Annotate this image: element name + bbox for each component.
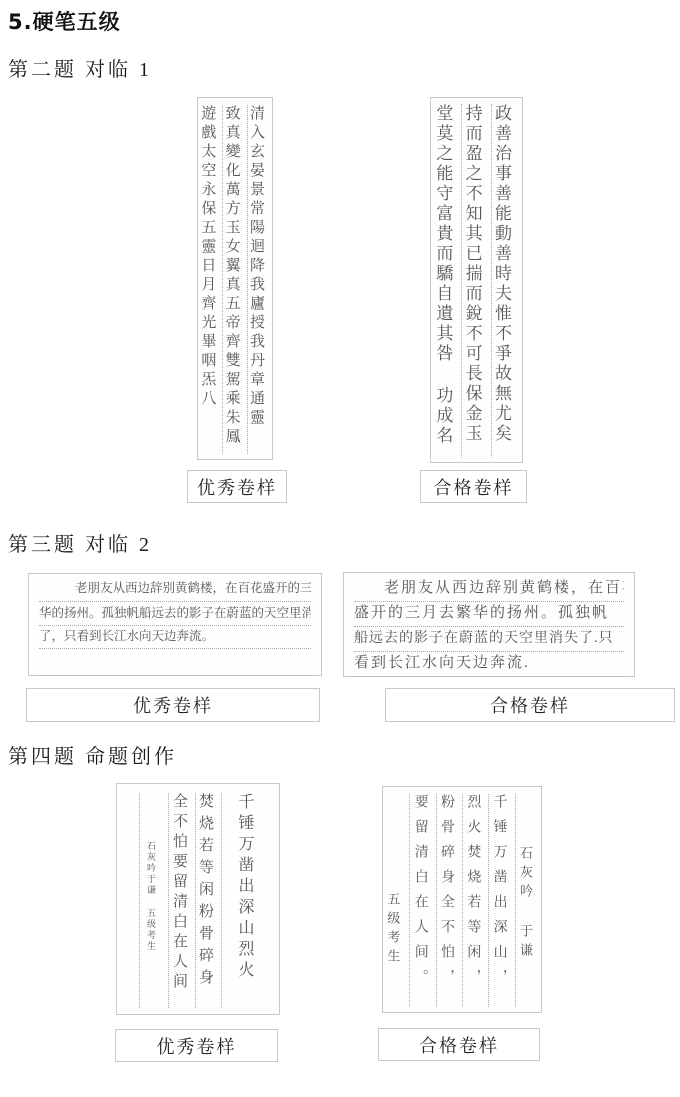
label-text: 合格卷样 [490, 692, 570, 718]
sample-box-chuangzuo-qualified: 石灰吟 于谦 千锤万凿出深山， 烈火焚烧若等闲， 粉骨碎身全不怕， 要留清白在人… [382, 786, 542, 1013]
label-text: 合格卷样 [419, 1032, 499, 1058]
calligraphy-column: 千锤万凿出深山， [488, 794, 514, 1007]
sample-box-duilin2-qualified: 老朋友从西边辞别黄鹤楼，在百花 盛开的三月去繁华的扬州。孤独帆 船远去的影子在蔚… [343, 572, 635, 677]
calligraphy-column: 持而盈之不知其已揣而銳不可長保金玉 [461, 104, 490, 458]
handwriting-line: 华的扬州。孤独帆船远去的影子在蔚蓝的天空里消失 [39, 602, 311, 626]
handwriting-line [39, 649, 311, 676]
label-text: 合格卷样 [434, 474, 514, 500]
calligraphy-column: 焚烧若等闲粉骨碎身 [195, 793, 221, 1008]
handwriting-line: 老朋友从西边辞别黄鹤楼，在百花盛开的三月去繁 [39, 577, 311, 602]
sample-box-duilin1-excellent: 清入玄晏景常陽迴降我廬授我丹章通靈 致真變化萬方玉女翼真五帝齊雙駕乘朱鳳 遊戲太… [197, 97, 273, 460]
label-excellent-sample: 优秀卷样 [26, 688, 320, 722]
handwriting-line: 老朋友从西边辞别黄鹤楼，在百花 [354, 576, 624, 602]
label-qualified-sample: 合格卷样 [420, 470, 527, 503]
calligraphy-column: 清入玄晏景常陽迴降我廬授我丹章通靈 [247, 105, 271, 454]
sample-box-duilin1-qualified: 政善治事善能動善時夫惟不爭故無尤矣 持而盈之不知其已揣而銳不可長保金玉 堂莫之能… [430, 97, 523, 463]
calligraphy-column: 烈火焚烧若等闲， [462, 794, 488, 1007]
label-excellent-sample: 优秀卷样 [115, 1029, 278, 1062]
label-excellent-sample: 优秀卷样 [187, 470, 287, 503]
calligraphy-column: 堂莫之能守富貴而驕自遺其咎 功成名遂 [433, 104, 461, 458]
section-2-heading: 第二题 对临 1 [8, 53, 152, 82]
handwriting-line: 船远去的影子在蔚蓝的天空里消失了.只 [354, 627, 624, 652]
sample-box-chuangzuo-excellent: 千锤万凿出深山烈火 焚烧若等闲粉骨碎身 全不怕要留清白在人间 石灰吟于谦 五级考… [116, 783, 280, 1015]
page-title: 5.硬笔五级 [8, 6, 121, 36]
handwriting-line: 盛开的三月去繁华的扬州。孤独帆 [354, 602, 624, 627]
signature-column: 五级考生 [383, 794, 409, 1007]
section-3-heading: 第三题 对临 2 [8, 528, 152, 557]
title-author-column: 石灰吟 于谦 [515, 794, 541, 1007]
handwriting-line: 看到长江水向天边奔流. [354, 652, 624, 677]
calligraphy-column: 全不怕要留清白在人间 [168, 793, 195, 1008]
calligraphy-column: 遊戲太空永保五靈日月齊光畢咽炁八 [199, 105, 222, 454]
signature-column: 石灰吟于谦 五级考生 [139, 793, 168, 1008]
calligraphy-column: 政善治事善能動善時夫惟不爭故無尤矣 [491, 104, 520, 458]
calligraphy-column: 致真變化萬方玉女翼真五帝齊雙駕乘朱鳳 [222, 105, 246, 454]
label-text: 优秀卷样 [157, 1033, 237, 1059]
handwriting-line: 了，只看到长江水向天边奔流。 [39, 626, 311, 649]
label-qualified-sample: 合格卷样 [385, 688, 675, 722]
calligraphy-column: 要留清白在人间。 [409, 794, 435, 1007]
section-4-heading: 第四题 命题创作 [8, 740, 177, 769]
empty-column [117, 793, 139, 1008]
label-text: 优秀卷样 [133, 692, 213, 718]
label-text: 优秀卷样 [197, 474, 277, 500]
calligraphy-column: 粉骨碎身全不怕， [436, 794, 462, 1007]
label-qualified-sample: 合格卷样 [378, 1028, 540, 1061]
sample-box-duilin2-excellent: 老朋友从西边辞别黄鹤楼，在百花盛开的三月去繁 华的扬州。孤独帆船远去的影子在蔚蓝… [28, 573, 322, 676]
calligraphy-column: 千锤万凿出深山烈火 [221, 793, 279, 1008]
